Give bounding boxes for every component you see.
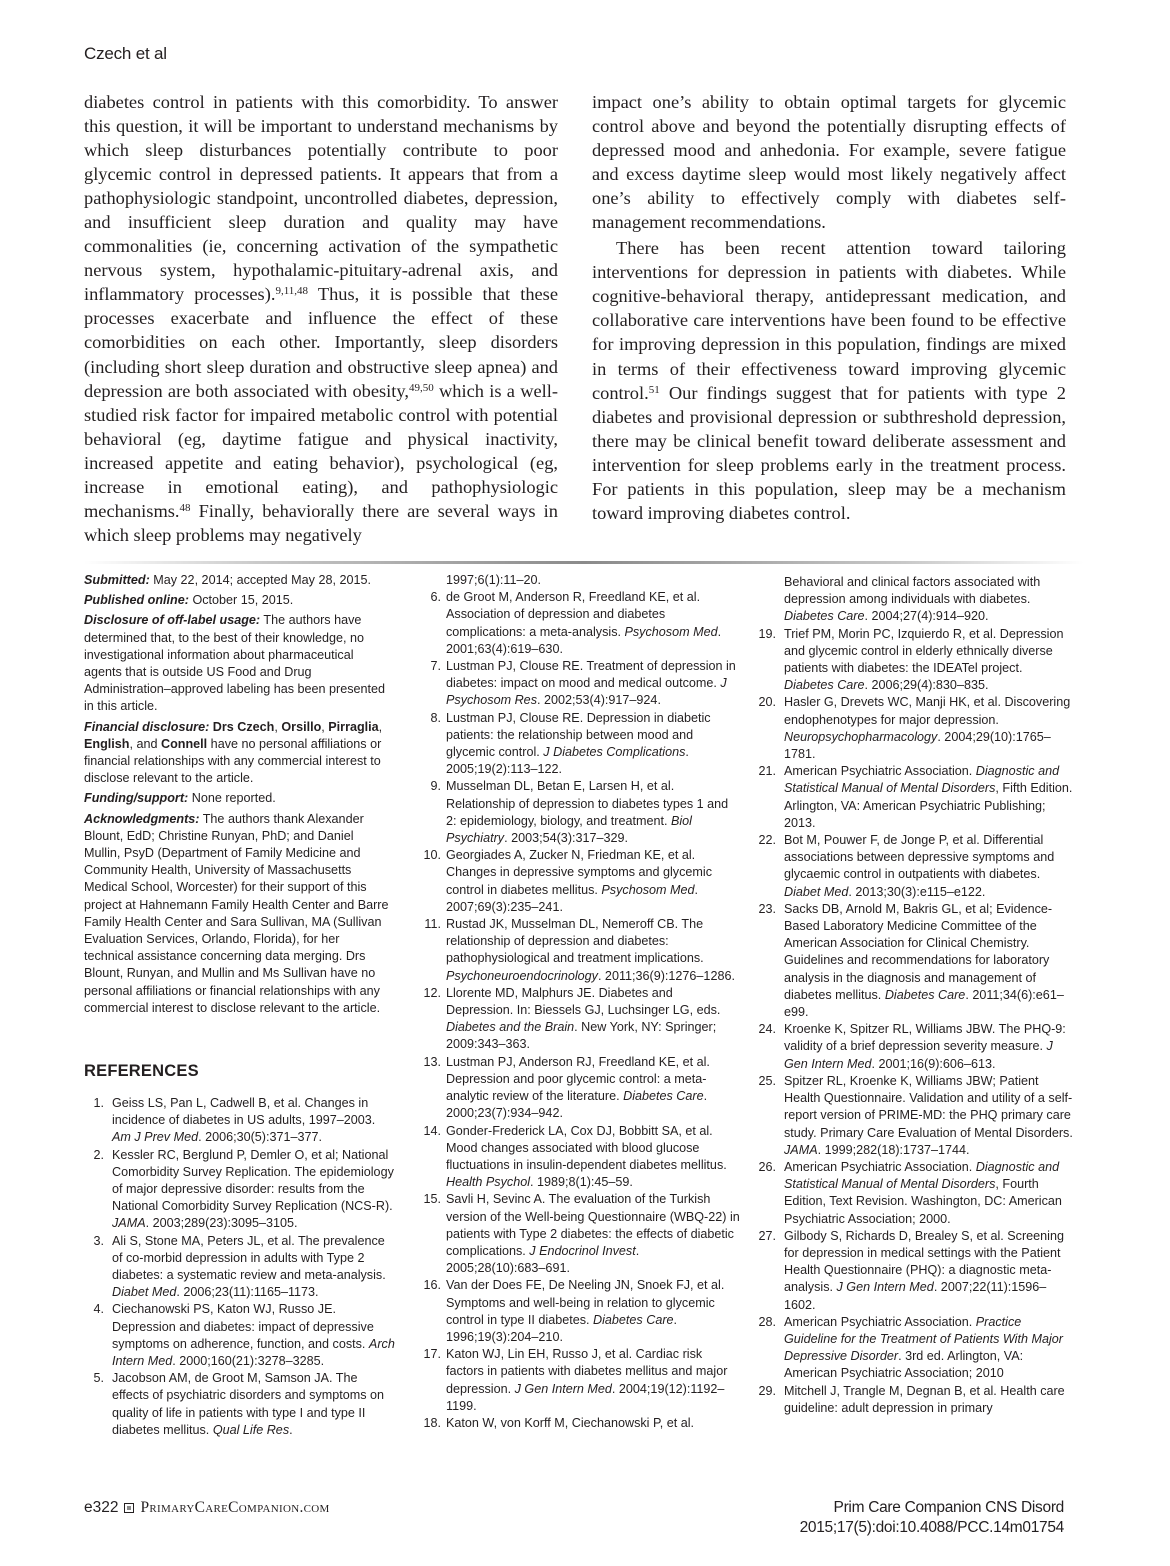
reference-list-col2: 1997;6(1):11–20. 6.de Groot M, Anderson … <box>420 572 742 1432</box>
reference-item: 27.Gilbody S, Richards D, Brealey S, et … <box>752 1228 1074 1314</box>
reference-item: 23.Sacks DB, Arnold M, Bakris GL, et al;… <box>752 901 1074 1021</box>
reference-continuation: 1997;6(1):11–20. <box>420 572 742 589</box>
reference-item: 20.Hasler G, Drevets WC, Manji HK, et al… <box>752 694 1074 763</box>
citation-superscript[interactable]: 51 <box>649 384 660 396</box>
reference-item: 21.American Psychiatric Association. Dia… <box>752 763 1074 832</box>
reference-item: 8.Lustman PJ, Clouse RE. Depression in d… <box>420 710 742 779</box>
reference-item: 2.Kessler RC, Berglund P, Demler O, et a… <box>84 1147 396 1233</box>
reference-item: 12.Llorente MD, Malphurs JE. Diabetes an… <box>420 985 742 1054</box>
reference-item: 3.Ali S, Stone MA, Peters JL, et al. The… <box>84 1233 396 1302</box>
paragraph: impact one’s ability to obtain optimal t… <box>592 90 1066 234</box>
reference-item: 19.Trief PM, Morin PC, Izquierdo R, et a… <box>752 626 1074 695</box>
reference-item: 1.Geiss LS, Pan L, Cadwell B, et al. Cha… <box>84 1095 396 1147</box>
citation-superscript[interactable]: 48 <box>180 502 191 514</box>
reference-item: 17.Katon WJ, Lin EH, Russo J, et al. Car… <box>420 1346 742 1415</box>
reference-item: 15.Savli H, Sevinc A. The evaluation of … <box>420 1191 742 1277</box>
page-footer-citation: Prim Care Companion CNS Disord 2015;17(5… <box>800 1498 1064 1538</box>
reference-item: 7.Lustman PJ, Clouse RE. Treatment of de… <box>420 658 742 710</box>
paragraph: diabetes control in patients with this c… <box>84 90 558 547</box>
reference-item: 6.de Groot M, Anderson R, Freedland KE, … <box>420 589 742 658</box>
reference-list-col3: Behavioral and clinical factors associat… <box>752 574 1074 1417</box>
reference-item: 5.Jacobson AM, de Groot M, Samson JA. Th… <box>84 1370 396 1439</box>
journal-name: Prim Care Companion CNS Disord <box>800 1498 1064 1518</box>
page-number: e322 <box>84 1499 118 1517</box>
acknowledgments-note: Acknowledgments: The authors thank Alexa… <box>84 811 390 1017</box>
square-bullet-icon <box>124 1503 134 1513</box>
reference-item: 25.Spitzer RL, Kroenke K, Williams JBW; … <box>752 1073 1074 1159</box>
reference-item: 18.Katon W, von Korff M, Ciechanowski P,… <box>420 1415 742 1432</box>
citation-superscript[interactable]: 49,50 <box>409 382 434 394</box>
paragraph: There has been recent attention toward t… <box>592 236 1066 525</box>
page-footer-left: e322 PrimaryCareCompanion.com <box>84 1499 330 1517</box>
reference-item: 16.Van der Does FE, De Neeling JN, Snoek… <box>420 1277 742 1346</box>
submitted-note: Submitted: May 22, 2014; accepted May 28… <box>84 572 390 589</box>
citation-superscript[interactable]: 9,11,48 <box>275 285 308 297</box>
financial-disclosure-note: Financial disclosure: Drs Czech, Orsillo… <box>84 719 390 788</box>
reference-item: 24.Kroenke K, Spitzer RL, Williams JBW. … <box>752 1021 1074 1073</box>
doi-citation[interactable]: 2015;17(5):doi:10.4088/PCC.14m01754 <box>800 1518 1064 1538</box>
reference-continuation: Behavioral and clinical factors associat… <box>752 574 1074 626</box>
reference-item: 28.American Psychiatric Association. Pra… <box>752 1314 1074 1383</box>
body-column-left: diabetes control in patients with this c… <box>84 90 558 547</box>
article-notes: Submitted: May 22, 2014; accepted May 28… <box>84 572 390 1020</box>
reference-item: 4.Ciechanowski PS, Katon WJ, Russo JE. D… <box>84 1301 396 1370</box>
reference-list-col1: 1.Geiss LS, Pan L, Cadwell B, et al. Cha… <box>84 1095 396 1439</box>
journal-website-link[interactable]: PrimaryCareCompanion.com <box>140 1499 329 1517</box>
reference-item: 11.Rustad JK, Musselman DL, Nemeroff CB.… <box>420 916 742 985</box>
offlabel-note: Disclosure of off-label usage: The autho… <box>84 612 390 715</box>
reference-item: 9.Musselman DL, Betan E, Larsen H, et al… <box>420 778 742 847</box>
reference-item: 26.American Psychiatric Association. Dia… <box>752 1159 1074 1228</box>
body-column-right: impact one’s ability to obtain optimal t… <box>592 90 1066 525</box>
running-head: Czech et al <box>84 44 167 64</box>
references-heading: REFERENCES <box>84 1062 199 1081</box>
reference-item: 22.Bot M, Pouwer F, de Jonge P, et al. D… <box>752 832 1074 901</box>
reference-item: 13.Lustman PJ, Anderson RJ, Freedland KE… <box>420 1054 742 1123</box>
section-divider <box>84 561 1084 564</box>
reference-item: 29.Mitchell J, Trangle M, Degnan B, et a… <box>752 1383 1074 1417</box>
reference-item: 14.Gonder-Frederick LA, Cox DJ, Bobbitt … <box>420 1123 742 1192</box>
reference-item: 10.Georgiades A, Zucker N, Friedman KE, … <box>420 847 742 916</box>
published-note: Published online: October 15, 2015. <box>84 592 390 609</box>
funding-note: Funding/support: None reported. <box>84 790 390 807</box>
